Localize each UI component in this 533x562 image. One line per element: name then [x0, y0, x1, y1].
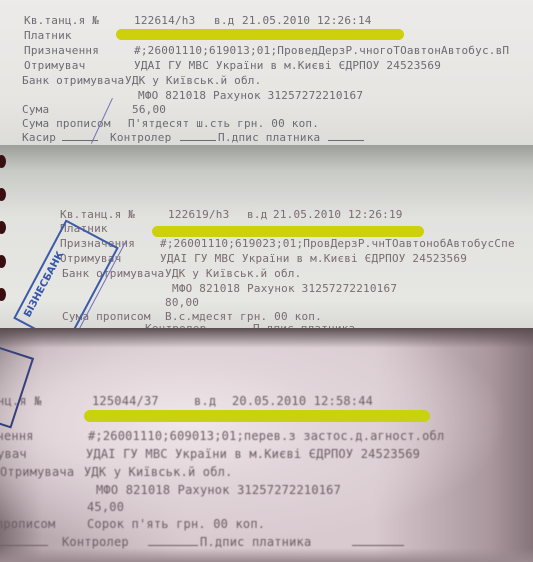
receipt-datetime: 20.05.2010 12:58:44 — [232, 394, 373, 408]
date-label: в.д — [214, 14, 234, 27]
sum-words-label: прописом — [0, 517, 55, 531]
controller-label: Контролер — [110, 131, 171, 144]
purpose-label: Призначення — [0, 429, 34, 443]
sum-value: 45,00 — [87, 500, 124, 514]
payer-label: Платник — [24, 29, 72, 42]
controller-label: Контролер — [62, 535, 129, 549]
receipt-number: 122614/h3 — [134, 14, 195, 27]
receipt-photo-1: Кв.танц.я № 122614/h3 в.д 21.05.2010 12:… — [0, 0, 533, 145]
purpose-label: Призначення — [24, 44, 99, 57]
recipient-value: УДАI ГУ МВС України в м.Києві ЄДРПОУ 245… — [134, 59, 441, 72]
perforation-hole — [0, 221, 6, 234]
payer-signature-line — [352, 544, 404, 546]
bank-value: УДК у Київськ.й обл. — [84, 465, 233, 479]
perforation-hole — [0, 288, 6, 301]
mfo-account: МФО 821018 Рахунок 31257272210167 — [96, 483, 341, 497]
recipient-value: УДАI ГУ МВС України в м.Києві ЄДРПОУ 245… — [86, 447, 420, 461]
sum-words-value: П'ятдесят ш.сть грн. 00 коп. — [128, 117, 319, 130]
receipt-number-label: Кв.танц.я № — [24, 14, 99, 27]
sum-label: Сума — [22, 103, 49, 116]
sum-value: 56,00 — [132, 103, 166, 116]
purpose-value: #;26001110;619013;01;ПроведДерзР.чногоТО… — [134, 44, 509, 57]
perforation-hole — [0, 188, 6, 201]
payer-signature-line — [328, 139, 364, 141]
payer-signature-label: П.дпис платника — [218, 131, 320, 144]
recipient-label: Отримувач — [24, 59, 85, 72]
redaction-highlight — [84, 410, 430, 422]
recipient-label: Отримувач — [0, 447, 27, 461]
receipt-number: 125044/37 — [92, 394, 159, 408]
bank-value: УДК у Київськ.й обл. — [125, 74, 261, 87]
payer-signature-label: П.дпис платника — [200, 535, 311, 549]
date-label: в.д — [247, 208, 267, 221]
receipt-datetime: 21.05.2010 12:26:19 — [273, 208, 403, 221]
controller-signature-line — [180, 139, 216, 141]
redaction-highlight — [116, 29, 404, 40]
purpose-value: #;26001110;609013;01;перев.з застос.д.аг… — [88, 429, 444, 443]
mfo-account: МФО 821018 Рахунок 31257272210167 — [138, 89, 363, 102]
receipt-number-label: Кв.танц.я № — [60, 208, 135, 221]
date-label: в.д — [194, 394, 216, 408]
sum-row: 80,00 — [165, 296, 199, 309]
purpose-value: #;26001110;619023;01;ПровДерзР.чнТОавтон… — [160, 237, 515, 250]
cashier-signature-line — [0, 544, 48, 546]
mfo-row: МФО 821018 Рахунок 31257272210167 — [138, 89, 363, 102]
receipt-datetime: 21.05.2010 12:26:14 — [242, 14, 372, 27]
sum-value: 80,00 — [165, 296, 199, 309]
sum-words-value: Сорок п'ять грн. 00 коп. — [87, 517, 265, 531]
sum-row: 45,00 — [87, 500, 124, 514]
receipt-photo-2: Кв.танц.я № 122619/h3 в.д 21.05.2010 12:… — [0, 145, 533, 328]
bank-label: Банк отримувача — [22, 74, 124, 87]
receipt-photo-3: Кв.танц.я № 125044/37 в.д 20.05.2010 12:… — [0, 328, 533, 562]
mfo-row: МФО 821018 Рахунок 31257272210167 — [96, 483, 341, 497]
recipient-value: УДАI ГУ МВС України в м.Києві ЄДРПОУ 245… — [160, 252, 467, 265]
stamp-fragment — [0, 341, 34, 428]
mfo-row: МФО 821018 Рахунок 31257272210167 — [172, 282, 397, 295]
perforation-hole — [0, 255, 6, 268]
receipt-number: 122619/h3 — [168, 208, 229, 221]
perforation-hole — [0, 155, 6, 168]
bank-label: Отримувача — [0, 465, 74, 479]
receipt-number-label: Кв.танц.я № — [0, 394, 42, 408]
stamp-text: БІЗНЕСБАНК — [22, 250, 66, 320]
controller-signature-line — [148, 544, 198, 546]
mfo-account: МФО 821018 Рахунок 31257272210167 — [172, 282, 397, 295]
bank-value: УДК у Київськ.й обл. — [165, 267, 301, 280]
redaction-highlight — [152, 226, 424, 237]
cashier-label: Касир — [22, 131, 56, 144]
